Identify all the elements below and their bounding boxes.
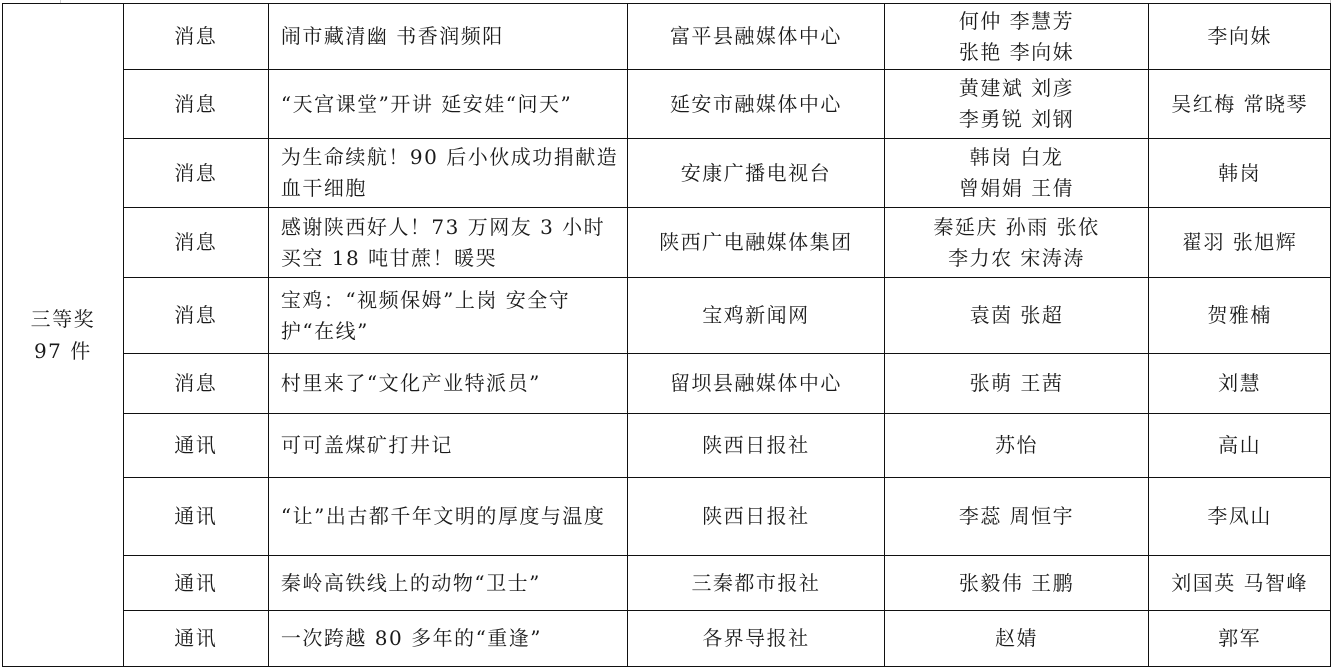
author-line: 张毅伟 王鹏: [885, 568, 1149, 599]
table-row: 通讯一次跨越 80 多年的“重逢”各界导报社赵婧郭军: [3, 611, 1331, 667]
authors-cell: 李蕊 周恒宇: [884, 478, 1149, 556]
work-type-cell: 消息: [123, 208, 268, 278]
table-row: 消息宝鸡：“视频保姆”上岗 安全守护“在线”宝鸡新闻网袁茵 张超贺雅楠: [3, 278, 1331, 354]
work-title-cell: 村里来了“文化产业特派员”: [268, 354, 627, 414]
author-line: 曾娟娟 王倩: [885, 173, 1149, 204]
author-line: 李勇锐 刘钢: [885, 104, 1149, 135]
table-row: 三等奖97 件消息闹市藏清幽 书香润频阳富平县融媒体中心何仲 李慧芳张艳 李向妹…: [3, 4, 1331, 70]
authors-cell: 张毅伟 王鹏: [884, 556, 1149, 611]
author-line: 黄建斌 刘彦: [885, 73, 1149, 104]
table-row: 通讯“让”出古都千年文明的厚度与温度陕西日报社李蕊 周恒宇李凤山: [3, 478, 1331, 556]
publishing-unit-cell: 三秦都市报社: [628, 556, 885, 611]
editors-cell: 郭军: [1149, 611, 1331, 667]
publishing-unit-cell: 富平县融媒体中心: [628, 4, 885, 70]
editors-cell: 翟羽 张旭辉: [1149, 208, 1331, 278]
editors-cell: 刘慧: [1149, 354, 1331, 414]
publishing-unit-cell: 陕西日报社: [628, 478, 885, 556]
publishing-unit-cell: 留坝县融媒体中心: [628, 354, 885, 414]
table-row: 消息“天宫课堂”开讲 延安娃“问天”延安市融媒体中心黄建斌 刘彦李勇锐 刘钢吴红…: [3, 70, 1331, 139]
prize-count: 97 件: [3, 335, 123, 367]
awards-table-body: 三等奖97 件消息闹市藏清幽 书香润频阳富平县融媒体中心何仲 李慧芳张艳 李向妹…: [3, 4, 1331, 667]
author-line: 张萌 王茜: [885, 368, 1149, 399]
authors-cell: 何仲 李慧芳张艳 李向妹: [884, 4, 1149, 70]
editors-cell: 贺雅楠: [1149, 278, 1331, 354]
work-type-cell: 通讯: [123, 414, 268, 478]
authors-cell: 韩岗 白龙曾娟娟 王倩: [884, 139, 1149, 208]
work-title-cell: 可可盖煤矿打井记: [268, 414, 627, 478]
author-line: 苏怡: [885, 430, 1149, 461]
work-type-cell: 消息: [123, 354, 268, 414]
author-line: 韩岗 白龙: [885, 142, 1149, 173]
awards-table: 三等奖97 件消息闹市藏清幽 书香润频阳富平县融媒体中心何仲 李慧芳张艳 李向妹…: [2, 3, 1331, 667]
authors-cell: 赵婧: [884, 611, 1149, 667]
author-line: 李力农 宋涛涛: [885, 243, 1149, 274]
author-line: 张艳 李向妹: [885, 37, 1149, 68]
work-title-cell: 宝鸡：“视频保姆”上岗 安全守护“在线”: [268, 278, 627, 354]
authors-cell: 张萌 王茜: [884, 354, 1149, 414]
work-type-cell: 消息: [123, 4, 268, 70]
editors-cell: 李向妹: [1149, 4, 1331, 70]
table-row: 通讯可可盖煤矿打井记陕西日报社苏怡高山: [3, 414, 1331, 478]
author-line: 秦延庆 孙雨 张依: [885, 212, 1149, 243]
work-title-cell: 感谢陕西好人！73 万网友 3 小时买空 18 吨甘蔗！暖哭: [268, 208, 627, 278]
table-row: 消息感谢陕西好人！73 万网友 3 小时买空 18 吨甘蔗！暖哭陕西广电融媒体集…: [3, 208, 1331, 278]
work-title-cell: 为生命续航！90 后小伙成功捐献造血干细胞: [268, 139, 627, 208]
author-line: 赵婧: [885, 623, 1149, 654]
editors-cell: 吴红梅 常晓琴: [1149, 70, 1331, 139]
work-title-cell: 一次跨越 80 多年的“重逢”: [268, 611, 627, 667]
work-type-cell: 通讯: [123, 611, 268, 667]
editors-cell: 刘国英 马智峰: [1149, 556, 1331, 611]
author-line: 袁茵 张超: [885, 300, 1149, 331]
editors-cell: 高山: [1149, 414, 1331, 478]
work-type-cell: 消息: [123, 139, 268, 208]
work-title-cell: 秦岭高铁线上的动物“卫士”: [268, 556, 627, 611]
publishing-unit-cell: 安康广播电视台: [628, 139, 885, 208]
table-row: 通讯秦岭高铁线上的动物“卫士”三秦都市报社张毅伟 王鹏刘国英 马智峰: [3, 556, 1331, 611]
editors-cell: 李凤山: [1149, 478, 1331, 556]
work-type-cell: 消息: [123, 278, 268, 354]
authors-cell: 秦延庆 孙雨 张依李力农 宋涛涛: [884, 208, 1149, 278]
editors-cell: 韩岗: [1149, 139, 1331, 208]
work-type-cell: 通讯: [123, 478, 268, 556]
author-line: 李蕊 周恒宇: [885, 501, 1149, 532]
authors-cell: 袁茵 张超: [884, 278, 1149, 354]
work-type-cell: 消息: [123, 70, 268, 139]
work-title-cell: 闹市藏清幽 书香润频阳: [268, 4, 627, 70]
work-type-cell: 通讯: [123, 556, 268, 611]
work-title-cell: “让”出古都千年文明的厚度与温度: [268, 478, 627, 556]
prize-level-cell: 三等奖97 件: [3, 4, 124, 667]
table-row: 消息村里来了“文化产业特派员”留坝县融媒体中心张萌 王茜刘慧: [3, 354, 1331, 414]
prize-level: 三等奖: [3, 303, 123, 335]
publishing-unit-cell: 延安市融媒体中心: [628, 70, 885, 139]
publishing-unit-cell: 各界导报社: [628, 611, 885, 667]
publishing-unit-cell: 宝鸡新闻网: [628, 278, 885, 354]
publishing-unit-cell: 陕西日报社: [628, 414, 885, 478]
author-line: 何仲 李慧芳: [885, 6, 1149, 37]
publishing-unit-cell: 陕西广电融媒体集团: [628, 208, 885, 278]
table-row: 消息为生命续航！90 后小伙成功捐献造血干细胞安康广播电视台韩岗 白龙曾娟娟 王…: [3, 139, 1331, 208]
work-title-cell: “天宫课堂”开讲 延安娃“问天”: [268, 70, 627, 139]
authors-cell: 黄建斌 刘彦李勇锐 刘钢: [884, 70, 1149, 139]
authors-cell: 苏怡: [884, 414, 1149, 478]
